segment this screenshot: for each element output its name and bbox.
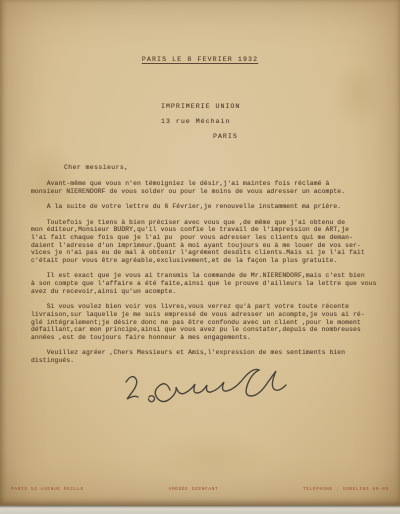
letterhead-footer: PARIS 53 AVENUE REILLE AMÉDÉE OZENFANT T… xyxy=(0,487,400,492)
recipient-city: PARIS xyxy=(213,129,240,144)
recipient-street: 13 rue Méchain xyxy=(161,114,240,129)
scan-bottom-edge xyxy=(0,505,400,514)
scanned-letter: PARIS LE 8 FEVRIER 1932 IMPRIMERIE UNION… xyxy=(0,0,400,514)
footer-telephone: TÉLÉPHONE : GOBELINS 60-09 xyxy=(303,487,389,492)
letter-paper: PARIS LE 8 FEVRIER 1932 IMPRIMERIE UNION… xyxy=(0,0,400,505)
letter-body: Avant-même que vous n'en témoigniez le d… xyxy=(31,180,376,365)
handwritten-signature xyxy=(118,366,308,418)
paper-stain xyxy=(150,430,270,480)
footer-author-name: AMÉDÉE OZENFANT xyxy=(169,487,219,492)
paper-stain xyxy=(330,60,385,130)
recipient-name: IMPRIMERIE UNION xyxy=(161,99,240,114)
letter-date: PARIS LE 8 FEVRIER 1932 xyxy=(0,56,400,63)
footer-address: PARIS 53 AVENUE REILLE xyxy=(11,487,84,492)
recipient-block: IMPRIMERIE UNION 13 rue Méchain PARIS xyxy=(161,99,240,144)
salutation: Cher messieurs, xyxy=(64,164,129,171)
